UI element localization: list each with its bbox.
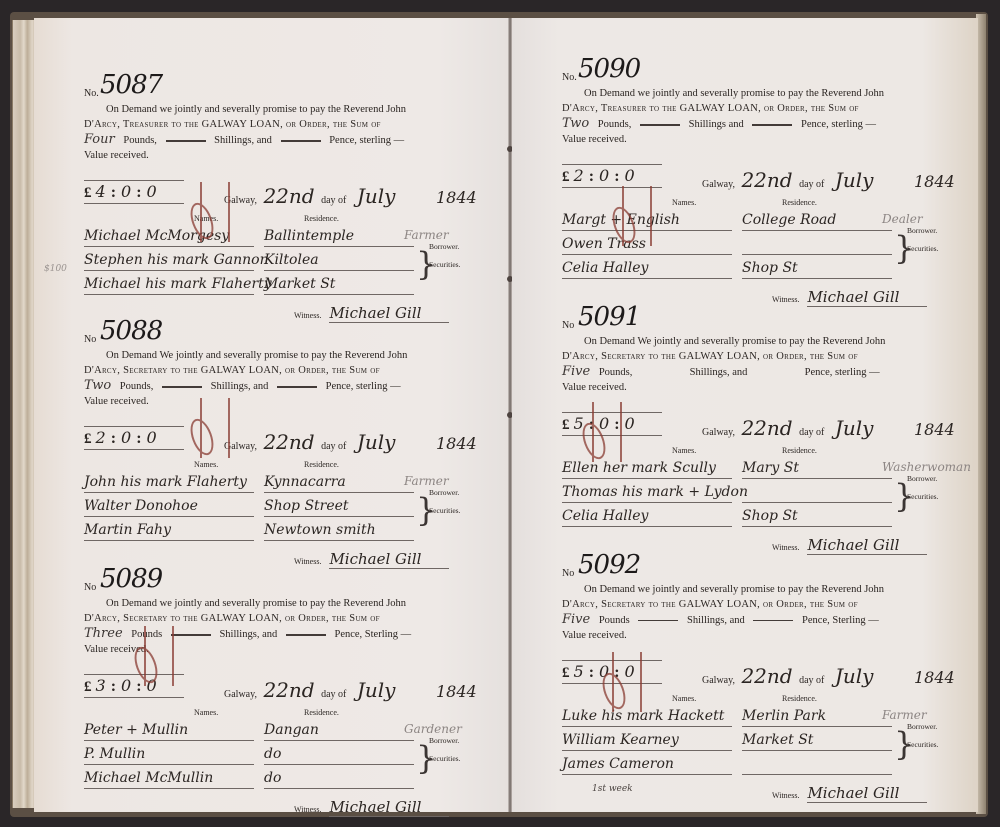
amount-words: Two (562, 116, 589, 131)
date-line: Galway, 22nd day of July 1844 (224, 678, 477, 702)
amount-words: Four (84, 132, 115, 147)
amount-words: Five (562, 364, 590, 379)
red-ink-cancellation-mark (622, 186, 652, 246)
note-number: 5089 (100, 564, 162, 594)
amount-figures: £2:0:0 (84, 426, 184, 450)
date-line: Galway, 22nd day of July 1844 (224, 430, 477, 454)
number-label: No. (84, 88, 99, 99)
date-line: Galway, 22nd day of July 1844 (224, 184, 477, 208)
date-line: Galway, 22nd day of July 1844 (702, 168, 955, 192)
note-number: 5088 (100, 316, 162, 346)
date-line: Galway, 22nd day of July 1844 (702, 664, 955, 688)
witness-line: Witness. Michael Gill (772, 784, 927, 803)
pound-sign: £ (84, 185, 92, 201)
promissory-note-5088: No 5088 On Demand We jointly and several… (84, 318, 484, 568)
red-ink-cancellation-mark (144, 626, 174, 686)
note-number: 5090 (578, 54, 640, 84)
promissory-note-5087: No. 5087 On Demand we jointly and severa… (84, 72, 484, 322)
note-text: On Demand we jointly and severally promi… (562, 86, 932, 147)
left-page: $100 No. 5087 On Demand we jointly and s… (34, 18, 510, 812)
date-line: Galway, 22nd day of July 1844 (702, 416, 955, 440)
witness-line: Witness. Michael Gill (294, 798, 449, 817)
promissory-note-5091: No 5091 On Demand We jointly and several… (562, 304, 962, 554)
note-text: On Demand we jointly and severally promi… (84, 102, 454, 163)
note-text: On Demand We jointly and severally promi… (562, 334, 932, 395)
note-number: 5092 (578, 550, 640, 580)
footnote: 1st week (592, 784, 633, 794)
note-number: 5087 (100, 70, 162, 100)
promissory-note-5089: No 5089 On Demand we jointly and several… (84, 566, 484, 816)
right-page: No. 5090 On Demand we jointly and severa… (512, 18, 978, 812)
promissory-note-5090: No. 5090 On Demand we jointly and severa… (562, 56, 962, 306)
amount-words: Five (562, 612, 590, 627)
red-ink-cancellation-mark (592, 402, 622, 462)
note-number: 5091 (578, 302, 640, 332)
amount-words: Three (84, 626, 123, 641)
promissory-note-5092: No 5092 On Demand we jointly and several… (562, 552, 962, 802)
red-ink-cancellation-mark (200, 398, 230, 458)
red-ink-cancellation-mark (200, 182, 230, 242)
amount-words: Two (84, 378, 111, 393)
dash (166, 140, 206, 142)
amount-figures: £2:0:0 (562, 164, 662, 188)
dash (281, 140, 321, 142)
note-text: On Demand we jointly and severally promi… (562, 582, 932, 643)
note-text: On Demand We jointly and severally promi… (84, 348, 454, 409)
red-ink-cancellation-mark (612, 652, 642, 712)
sum-row: Four Pounds, Shillings, and Pence, sterl… (84, 132, 454, 148)
amount-figures: £4:0:0 (84, 180, 184, 204)
margin-note: $100 (44, 264, 67, 274)
securities-brace: } (416, 248, 436, 280)
